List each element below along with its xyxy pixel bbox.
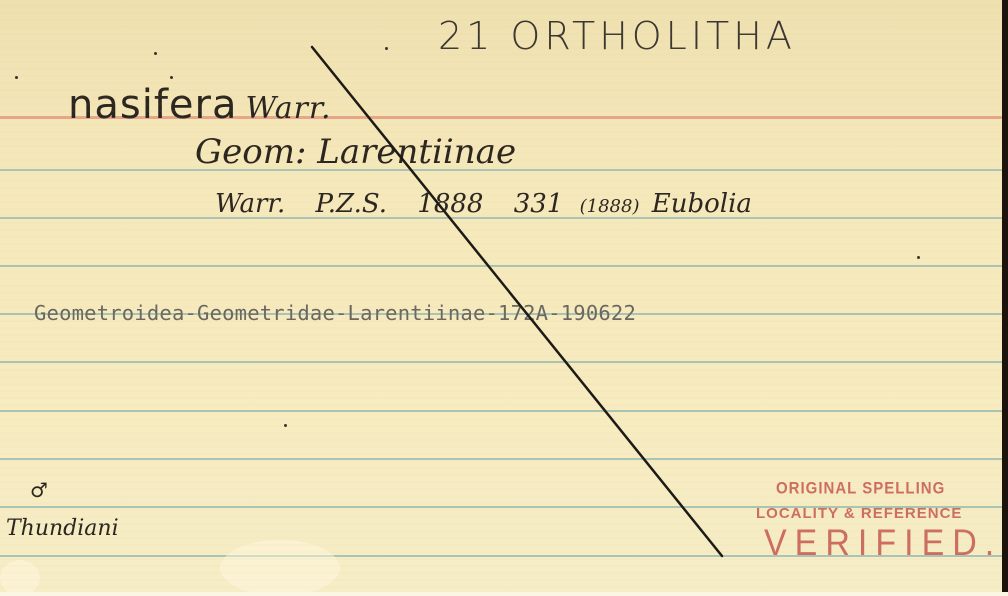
reference-page: 331 [514, 189, 564, 219]
genus-header-label: 21 ORTHOLITHA [438, 14, 796, 58]
stamp-line-2: LOCALITY & REFERENCE [756, 505, 1002, 522]
verification-stamp: ORIGINAL SPELLING LOCALITY & REFERENCE V… [756, 480, 1002, 563]
ink-speck [917, 256, 920, 259]
ink-speck [170, 76, 173, 79]
paper-stain [0, 560, 40, 592]
card-right-edge [1002, 0, 1008, 596]
reference-journal: P.Z.S. [316, 189, 388, 219]
paper-stain [220, 540, 340, 592]
species-name: nasiferaWarr. [68, 82, 332, 128]
blue-rule [0, 361, 1002, 363]
typed-catalog-code: Geometroidea-Geometridae-Larentiinae-172… [34, 301, 636, 325]
ink-speck [385, 47, 388, 50]
species-author: Warr. [245, 91, 331, 126]
card-bottom-edge [0, 592, 1008, 596]
reference-genus: Eubolia [652, 189, 752, 219]
ink-speck [15, 76, 18, 79]
species-epithet: nasifera [68, 82, 237, 128]
ink-speck [284, 424, 287, 427]
male-sex-symbol: ♂ [30, 478, 48, 502]
ink-speck [154, 52, 157, 55]
reference-year: 1888 [417, 189, 483, 219]
stamp-line-1: ORIGINAL SPELLING [776, 479, 1002, 498]
stamp-line-3: VERIFIED. [764, 522, 1002, 565]
family-line: Geom: Larentiinae [195, 132, 516, 172]
reference-line: Warr. P.Z.S. 1888 331 (1888) Eubolia [215, 189, 774, 219]
locality-name: Thundiani [6, 516, 119, 541]
reference-author: Warr. [215, 189, 285, 219]
blue-rule [0, 458, 1002, 460]
index-card: 21 ORTHOLITHA nasiferaWarr. Geom: Larent… [0, 0, 1002, 592]
reference-date: (1888) [580, 196, 640, 217]
blue-rule [0, 410, 1002, 412]
blue-rule [0, 265, 1002, 267]
